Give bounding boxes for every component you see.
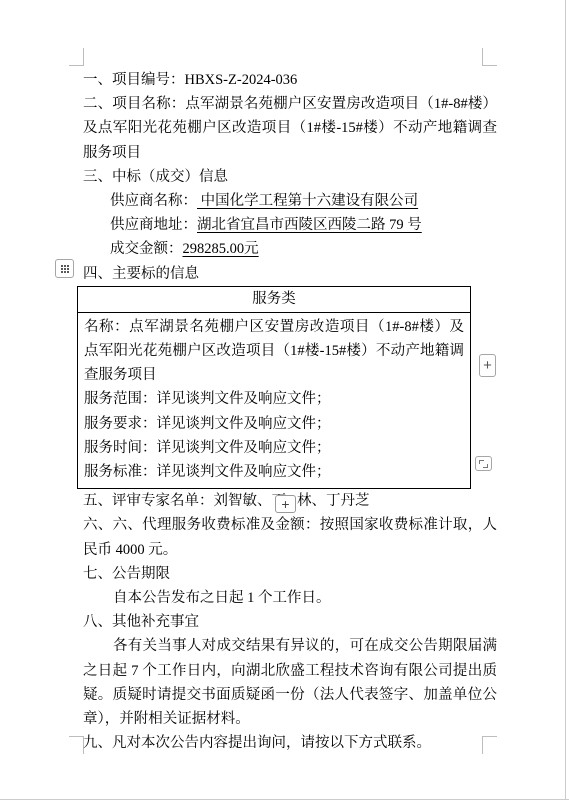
table-row: 名称：点军湖景名苑棚户区安置房改造项目（1#-8#楼）及点军阳光花苑棚户区改造项… — [84, 315, 464, 388]
line-expert-list: 五、评审专家名单：刘智敏、丁+林、丁丹芝 — [83, 489, 497, 513]
inline-plus-button[interactable]: + — [275, 495, 296, 513]
line-supplier-address: 供应商地址：湖北省宜昌市西陵区西陵二路 79 号 — [110, 213, 497, 237]
document-page: 一、项目编号：HBXS-Z-2024-036 二、项目名称：点军湖景名苑棚户区安… — [0, 0, 569, 807]
supplier-name-value: 中国化学工程第十六建设有限公司 — [197, 193, 418, 209]
expert-list-prefix: 五、评审专家名单：刘智敏、丁 — [83, 493, 286, 509]
table-row: 服务标准：详见谈判文件及响应文件； — [84, 460, 464, 484]
subject-table-header: 服务类 — [78, 287, 470, 313]
heading-notice-period: 七、公告期限 — [83, 562, 497, 586]
table-row: 服务时间：详见谈判文件及响应文件； — [84, 436, 464, 460]
heading-subject-info: 四、主要标的信息 — [83, 262, 497, 286]
expert-list-suffix: 林、丁丹芝 — [297, 493, 370, 509]
supplier-name-label: 供应商名称： — [110, 193, 197, 209]
paragraph-project-name: 二、项目名称：点军湖景名苑棚户区安置房改造项目（1#-8#楼）及点军阳光花苑棚户… — [83, 92, 497, 165]
document-body: 一、项目编号：HBXS-Z-2024-036 二、项目名称：点军湖景名苑棚户区安… — [83, 68, 497, 755]
text-boundary-mark-top-right — [482, 48, 497, 66]
award-amount-label: 成交金额： — [110, 241, 183, 257]
heading-award-info: 三、中标（成交）信息 — [83, 165, 497, 189]
text-boundary-mark-bottom-left — [69, 736, 84, 754]
award-amount-value: 298285.00元 — [183, 241, 259, 257]
table-row: 服务要求：详见谈判文件及响应文件； — [84, 412, 464, 436]
plus-icon: + — [281, 497, 289, 511]
table-row: 服务范围：详见谈判文件及响应文件； — [84, 387, 464, 411]
paragraph-project-number: 一、项目编号：HBXS-Z-2024-036 — [83, 68, 497, 92]
subject-table: 服务类 名称：点军湖景名苑棚户区安置房改造项目（1#-8#楼）及点军阳光花苑棚户… — [77, 286, 471, 489]
paragraph-agency-fee: 六、六、代理服务收费标准及金额：按照国家收费标准计取，人民币 4000 元。 — [83, 513, 497, 561]
line-supplier-name: 供应商名称： 中国化学工程第十六建设有限公司 — [110, 189, 497, 213]
heading-contact: 九、凡对本次公告内容提出询问，请按以下方式联系。 — [83, 731, 497, 755]
page-bottom-edge — [0, 799, 569, 800]
heading-other-matters: 八、其他补充事宜 — [83, 610, 497, 634]
paragraph-notice-period-body: 自本公告发布之日起 1 个工作日。 — [83, 586, 497, 610]
corner-expand-icon — [479, 460, 488, 468]
insert-plus-button[interactable]: + — [479, 354, 496, 377]
table-drag-handle-button[interactable] — [55, 259, 74, 278]
paragraph-other-matters-body: 各有关当事人对成交结果有异议的，可在成交公告期限届满之日起 7 个工作日内，向湖… — [83, 634, 497, 731]
text-boundary-mark-top-left — [69, 48, 84, 66]
supplier-address-value: 湖北省宜昌市西陵区西陵二路 79 号 — [197, 217, 422, 233]
table-resize-button[interactable] — [475, 456, 492, 471]
page-right-edge — [565, 0, 566, 800]
plus-icon: + — [483, 358, 492, 373]
line-award-amount: 成交金额：298285.00元 — [110, 237, 497, 261]
grid-dots-icon — [61, 265, 69, 273]
subject-table-body: 名称：点军湖景名苑棚户区安置房改造项目（1#-8#楼）及点军阳光花苑棚户区改造项… — [78, 313, 470, 488]
supplier-address-label: 供应商地址： — [110, 217, 197, 233]
